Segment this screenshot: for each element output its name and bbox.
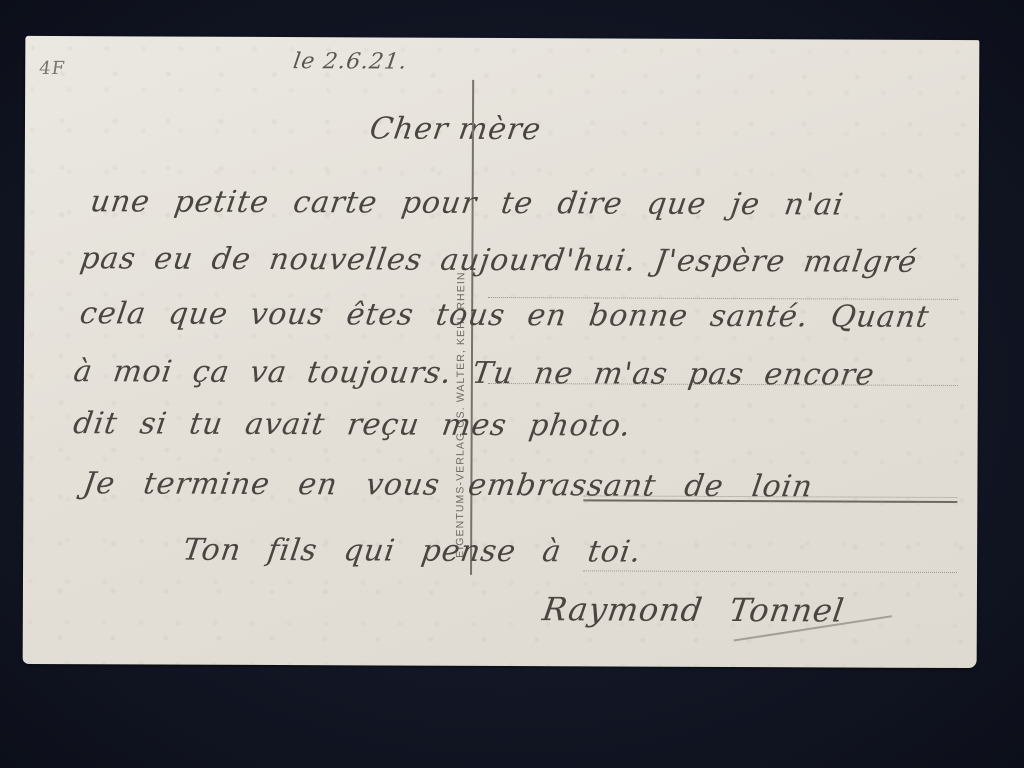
message-line: dit si tu avait reçu mes photo.	[71, 406, 633, 443]
signature: Raymond Tonnel	[540, 590, 847, 629]
postcard-back: 4F le 2.6.21. Cher mère EIGENTUMS-VERLAG…	[23, 36, 980, 668]
message-line: pas eu de nouvelles aujourd'hui. J'espèr…	[78, 241, 920, 280]
message-line: Je termine en vous embrassant de loin	[81, 466, 815, 504]
pencil-note: 4F	[38, 58, 67, 79]
message-line: une petite carte pour te dire que je n'a…	[88, 184, 846, 222]
message-body: une petite carte pour te dire que je n'a…	[25, 36, 979, 40]
closing: Ton fils qui pense à toi.	[181, 533, 644, 570]
message-line: cela que vous êtes tous en bonne santé. …	[78, 296, 932, 335]
address-line-4	[583, 570, 957, 573]
greeting: Cher mère	[367, 111, 543, 147]
message-line: à moi ça va toujours. Tu ne m'as pas enc…	[71, 354, 877, 392]
date: le 2.6.21.	[291, 49, 409, 74]
